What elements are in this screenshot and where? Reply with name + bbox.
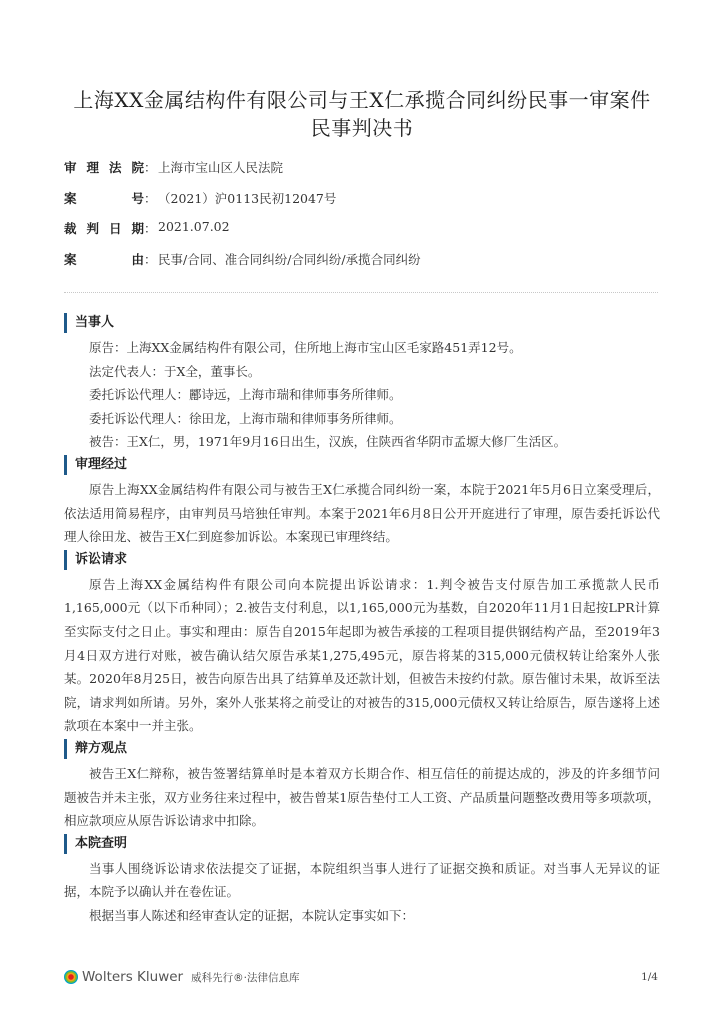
meta-value: 上海市宝山区人民法院 <box>158 158 283 176</box>
page-number: 1/4 <box>641 971 658 983</box>
party-line: 法定代表人：于X全，董事长。 <box>64 360 660 384</box>
brand-name: Wolters Kluwer <box>82 969 183 985</box>
meta-label: 案 号 <box>64 189 144 207</box>
claims-paragraph: 原告上海XX金属结构件有限公司向本院提出诉讼请求：1.判令被告支付原告加工承揽款… <box>64 573 660 738</box>
meta-label: 裁 判 日 期 <box>64 219 144 237</box>
party-line: 原告：上海XX金属结构件有限公司，住所地上海市宝山区毛家路451弄12号。 <box>64 336 660 360</box>
findings-paragraph: 根据当事人陈述和经审查认定的证据，本院认定事实如下： <box>64 904 660 928</box>
document-title: 上海XX金属结构件有限公司与王X仁承揽合同纠纷民事一审案件 民事判决书 <box>0 86 724 142</box>
meta-cause: 案 由 ： 民事/合同、准合同纠纷/合同纠纷/承揽合同纠纷 <box>64 250 421 281</box>
colon: ： <box>144 250 158 268</box>
party-line: 委托诉讼代理人：酈诗远，上海市瑞和律师事务所律师。 <box>64 383 660 407</box>
meta-court: 审 理 法 院 ： 上海市宝山区人民法院 <box>64 158 421 189</box>
party-line: 委托诉讼代理人：徐田龙，上海市瑞和律师事务所律师。 <box>64 407 660 431</box>
wolters-kluwer-logo-icon <box>64 970 78 984</box>
section-heading-claims: 诉讼请求 <box>64 549 660 571</box>
dotted-divider <box>64 292 658 293</box>
brand-subtitle: 威科先行®·法律信息库 <box>191 970 299 985</box>
title-line-1: 上海XX金属结构件有限公司与王X仁承揽合同纠纷民事一审案件 <box>0 86 724 114</box>
page-footer: Wolters Kluwer 威科先行®·法律信息库 1/4 <box>64 967 658 987</box>
meta-judgment-date: 裁 判 日 期 ： 2021.07.02 <box>64 219 421 250</box>
meta-label: 案 由 <box>64 250 144 268</box>
section-heading-trial: 审理经过 <box>64 454 660 476</box>
meta-value: 民事/合同、准合同纠纷/合同纠纷/承揽合同纠纷 <box>158 250 421 268</box>
judgment-body: 当事人 原告：上海XX金属结构件有限公司，住所地上海市宝山区毛家路451弄12号… <box>64 312 660 927</box>
trial-paragraph: 原告上海XX金属结构件有限公司与被告王X仁承揽合同纠纷一案，本院于2021年5月… <box>64 478 660 549</box>
meta-value: （2021）沪0113民初12047号 <box>158 189 336 207</box>
defense-paragraph: 被告王X仁辩称，被告签署结算单时是本着双方长期合作、相互信任的前提达成的，涉及的… <box>64 762 660 833</box>
colon: ： <box>144 158 158 176</box>
party-line: 被告：王X仁，男，1971年9月16日出生，汉族，住陕西省华阴市孟塬大修厂生活区… <box>64 430 660 454</box>
meta-label: 审 理 法 院 <box>64 158 144 176</box>
section-heading-defense: 辩方观点 <box>64 738 660 760</box>
title-line-2: 民事判决书 <box>0 114 724 142</box>
case-metadata: 审 理 法 院 ： 上海市宝山区人民法院 案 号 ： （2021）沪0113民初… <box>64 158 421 280</box>
meta-case-number: 案 号 ： （2021）沪0113民初12047号 <box>64 189 421 220</box>
colon: ： <box>144 219 158 237</box>
section-heading-parties: 当事人 <box>64 312 660 334</box>
meta-value: 2021.07.02 <box>158 219 230 234</box>
colon: ： <box>144 189 158 207</box>
section-heading-findings: 本院查明 <box>64 833 660 855</box>
findings-paragraph: 当事人围绕诉讼请求依法提交了证据，本院组织当事人进行了证据交换和质证。对当事人无… <box>64 857 660 904</box>
